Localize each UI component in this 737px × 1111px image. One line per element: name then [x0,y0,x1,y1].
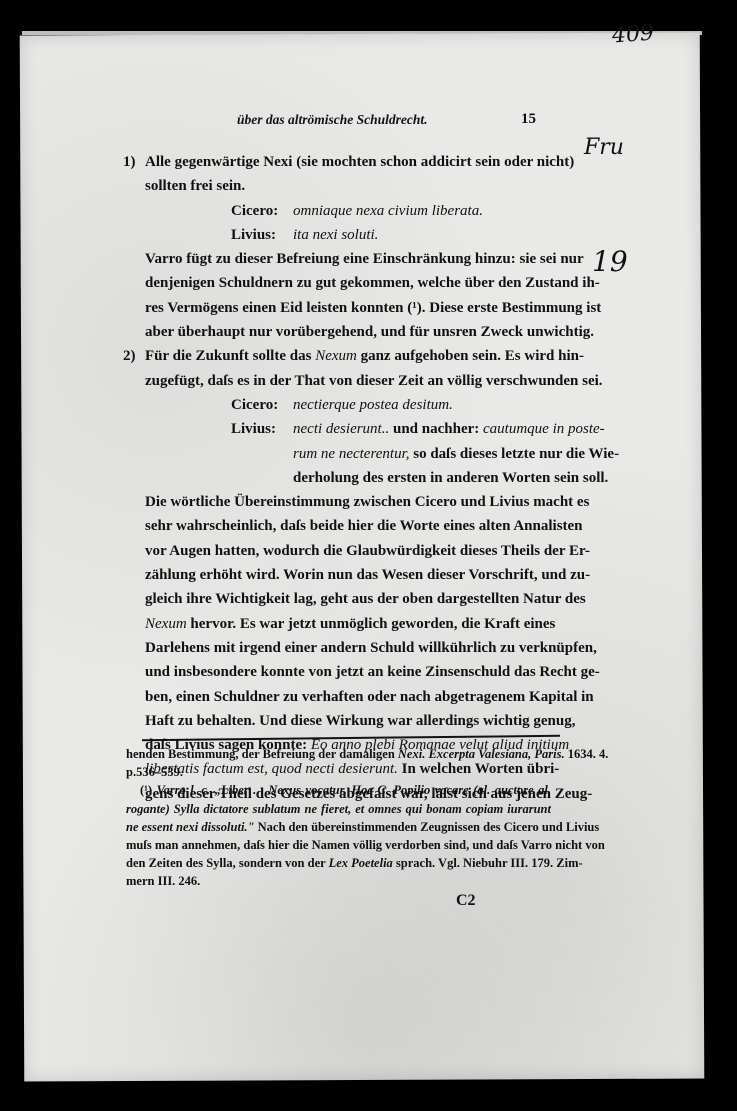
footnote-line: den Zeiten des Sylla, sondern von der Le… [126,854,551,872]
margin-note-2: 19 [592,245,628,278]
text-line: zählung erhöht wird. Worin nun das Wesen… [145,563,549,587]
quote-line: Cicero:omniaque nexa civium liberata. [145,199,549,223]
text-line: zugefügt, daſs es in der That von dieser… [145,369,549,393]
footnote-line: rogante) Sylla dictatore sublatum ne fie… [126,800,551,818]
body-text: 1)Alle gegenwärtige Nexi (sie mochten sc… [145,150,549,806]
text-line: Varro fügt zu dieser Befreiung eine Eins… [145,247,549,271]
text-line: Darlehens mit irgend einer andern Schuld… [145,636,549,660]
quote-line: Livius:ita nexi soluti. [145,223,549,247]
quote-line: Livius:necti desierunt.. und nachher: ca… [145,417,549,441]
footnote-line: henden Bestimmung, der Befreiung der dam… [126,745,551,763]
text-line: und insbesondere konnte von jetzt an kei… [145,660,549,684]
text-line: 2)Für die Zukunft sollte das Nexum ganz … [145,344,549,368]
quote-line: derholung des ersten in anderen Worten s… [145,466,549,490]
footnote-line: p.536–539. [126,763,551,781]
text-line: Die wörtliche Übereinstimmung zwischen C… [145,490,549,514]
text-line: Haft zu behalten. Und diese Wirkung war … [145,709,549,733]
footnote-line: mern III. 246. [126,872,551,890]
footnotes: henden Bestimmung, der Befreiung der dam… [126,745,551,891]
text-line: denjenigen Schuldnern zu gut gekommen, w… [145,271,549,295]
handwritten-page-number: 409 [611,21,655,49]
folio-number: 15 [521,111,536,128]
margin-note-1: Fru [584,135,624,160]
footnote-line: (¹) Varro l. c. „Liber . . Nexus vocatur… [126,781,551,799]
running-head: über das altrömische Schuldrecht. [237,112,428,128]
quote-line: rum ne necterentur, so daſs dieses letzt… [145,442,549,466]
text-line: sehr wahrscheinlich, daſs beide hier die… [145,514,549,538]
text-line: vor Augen hatten, wodurch die Glaubwürdi… [145,539,549,563]
text-line: ben, einen Schuldner zu verhaften oder n… [145,685,549,709]
quote-line: Cicero:nectierque postea desitum. [145,393,549,417]
text-line: sollten frei sein. [145,174,549,198]
printer-signature: C2 [456,892,476,910]
footnote-line: ne essent nexi dissoluti." Nach den über… [126,818,551,836]
text-line: aber überhaupt nur vorübergehend, und fü… [145,320,549,344]
footnote-line: muſs man annehmen, daſs hier die Namen v… [126,836,551,854]
text-line: gleich ihre Wichtigkeit lag, geht aus de… [145,587,549,611]
text-line: 1)Alle gegenwärtige Nexi (sie mochten sc… [145,150,549,174]
text-line: Nexum hervor. Es war jetzt unmöglich gew… [145,612,549,636]
text-line: res Vermögens einen Eid leisten konnten … [145,296,549,320]
